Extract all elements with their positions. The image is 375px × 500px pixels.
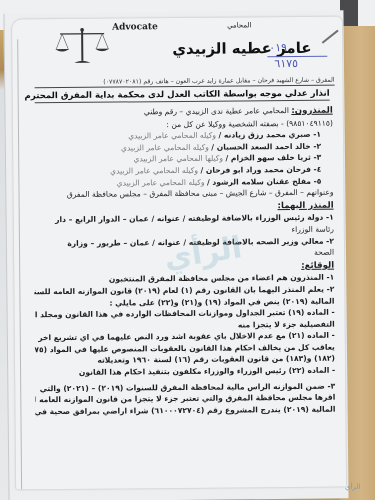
client-agent: وكيله المحامي عامر الزبيدي	[121, 143, 209, 153]
client-name: ٢- خالد احمد السعد الحسبان /	[211, 142, 321, 152]
notice-subject: انذار عدلي موجه بواسطة الكاتب العدل لدى …	[35, 89, 330, 104]
client-name: ٤- فرحان محمد وراد ابو فرحان /	[200, 165, 321, 175]
client-agent: وكيله المحامي عامر الزبيدي	[117, 177, 205, 187]
warners-address: وعنوانهم – المفرق – شارع الجيش – مبنى مح…	[33, 187, 333, 201]
scales-of-justice-icon	[52, 27, 112, 68]
fact-line: المالية (٢٠١٩) يندرج المشروع رقم (٦١٠٠٠٧…	[35, 403, 335, 417]
handwritten-number-2: ٦١٧٥	[274, 57, 298, 70]
client-name: ١- صبري محمد رزق زيادنه /	[218, 130, 321, 140]
warners-heading: المنذرون:	[291, 106, 333, 116]
client-agent: وكيله المحامي عامر الزبيدي	[128, 131, 216, 141]
client-name: ٥- مفلح عقنان سلامه الرشود /	[207, 176, 322, 186]
office-address: المفرق – شارع الشهيد فرحان – مقابل عمارة…	[35, 77, 335, 89]
handwritten-number-1: ٠١٩	[269, 41, 287, 54]
client-agent: وكيلها المحامي عامر الزبيدي	[133, 154, 223, 164]
lawyer-title: المحامي	[227, 21, 251, 29]
legal-notice-page: Advocate المحامي عامر عطيه الزبيدي ٠١٩ ٦…	[12, 17, 346, 490]
advocate-label: Advocate	[112, 22, 158, 32]
warners-text: المحامي عامر عطية ندى الزبيدي – رقم وطني	[144, 106, 289, 116]
client-agent: وكيله المحامي عامر الزبيدي	[110, 166, 198, 176]
client-name: ٣- ثريا خلف سهو الخزام /	[225, 153, 321, 163]
footer-watermark: الرأي	[345, 483, 360, 491]
fact-line: - الماده (٢٢) رئيس الوزراء والوزراء مكلف…	[35, 365, 335, 379]
